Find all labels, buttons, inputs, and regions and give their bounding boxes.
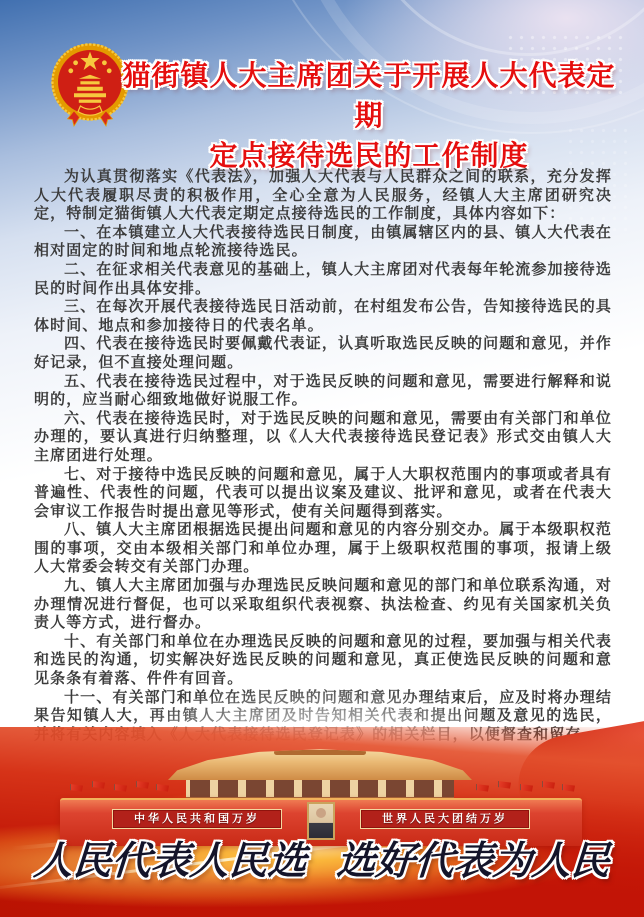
paragraph-item-11: 十一、有关部门和单位在选民反映的问题和意见办理结束后，应及时将办理结果告知镇人大…: [34, 689, 612, 745]
paragraph-item-6: 六、代表在接待选民时，对于选民反映的问题和意见，需要由有关部门和单位办理的，要认…: [34, 410, 612, 466]
gate-roof: [168, 748, 472, 780]
paragraph-item-2: 二、在征求相关代表意见的基础上，镇人大主席团对代表每年轮流参加接待选民的时间作出…: [34, 261, 612, 298]
paragraph-item-3: 三、在每次开展代表接待选民日活动前，在村组发布公告，告知接待选民的具体时间、地点…: [34, 298, 612, 335]
document-body: 为认真贯彻落实《代表法》，加强人大代表与人民群众之间的联系，充分发挥人大代表履职…: [34, 168, 612, 744]
red-flag-icon: [136, 781, 149, 790]
paragraph-intro: 为认真贯彻落实《代表法》，加强人大代表与人民群众之间的联系，充分发挥人大代表履职…: [34, 168, 612, 224]
slogan-right: 选好代表为人民: [335, 830, 612, 886]
decorative-arc: [355, 0, 644, 56]
red-flag-icon: [476, 784, 489, 793]
right-banner: 世界人民大团结万岁: [360, 809, 530, 829]
red-flag-icon: [498, 781, 511, 790]
red-flag-icon: [156, 784, 169, 793]
paragraph-item-1: 一、在本镇建立人大代表接待选民日制度，由镇属辖区内的县、镇人大代表在相对固定的时…: [34, 224, 612, 261]
paragraph-item-8: 八、镇人大主席团根据选民提出问题和意见的内容分别交办。属于本级职权范围的事项，交…: [34, 521, 612, 577]
paragraph-item-10: 十、有关部门和单位在办理选民反映的问题和意见的过程，要加强与相关代表和选民的沟通…: [34, 633, 612, 689]
paragraph-item-9: 九、镇人大主席团加强与办理选民反映问题和意见的部门和单位联系沟通，对办理情况进行…: [34, 577, 612, 633]
page-title: 猫街镇人大主席团关于开展人大代表定期 定点接待选民的工作制度: [116, 56, 622, 176]
paragraph-item-7: 七、对于接待中选民反映的问题和意见，属于人大职权范围内的事项或者具有普遍性、代表…: [34, 466, 612, 522]
poster-page: 猫街镇人大主席团关于开展人大代表定期 定点接待选民的工作制度 为认真贯彻落实《代…: [0, 0, 644, 917]
red-flag-icon: [92, 781, 105, 790]
paragraph-item-4: 四、代表在接待选民时要佩戴代表证，认真听取选民反映的问题和意见，并作好记录，但不…: [34, 335, 612, 372]
red-flag-icon: [542, 781, 555, 790]
slogan-left: 人民代表人民选: [32, 830, 309, 886]
title-line-1: 猫街镇人大主席团关于开展人大代表定期: [116, 56, 622, 136]
red-flag-icon: [114, 784, 127, 793]
slogan-calligraphy: 人民代表人民选 选好代表为人民: [0, 830, 644, 886]
red-flag-icon: [70, 784, 83, 793]
red-flag-icon: [520, 784, 533, 793]
red-flag-icon: [562, 784, 575, 793]
gate-window-gallery: [186, 780, 454, 799]
paragraph-item-5: 五、代表在接待选民过程中，对于选民反映的问题和意见，需要进行解释和说明的，应当耐…: [34, 373, 612, 410]
left-banner: 中华人民共和国万岁: [112, 809, 282, 829]
